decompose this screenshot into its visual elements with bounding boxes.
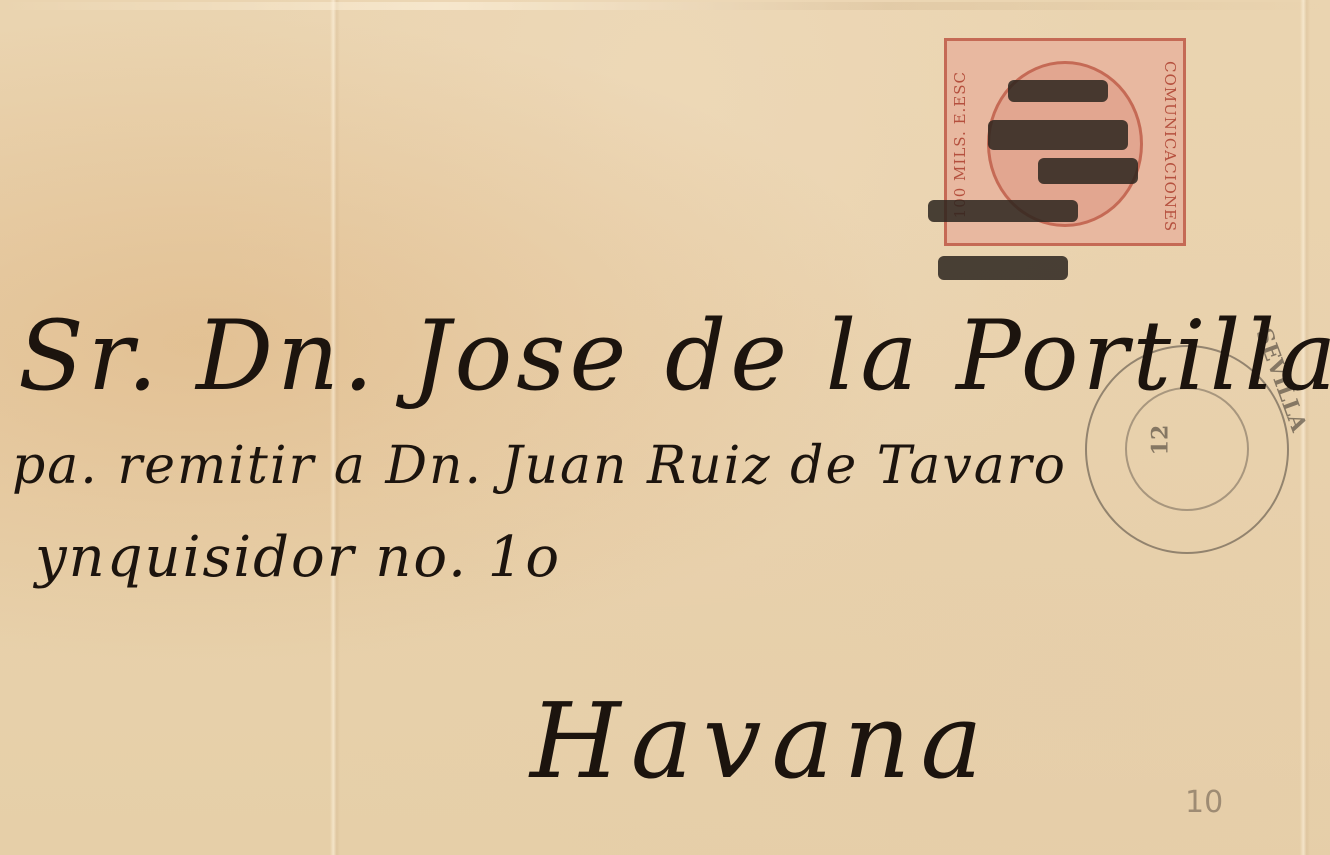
stamp-side-text: COMUNICACIONES (1161, 61, 1179, 232)
cancel-bar (1038, 158, 1138, 184)
vertical-fold-left (330, 0, 340, 855)
top-fold (0, 2, 1330, 10)
stamp-denomination: 100 MILS. E.ESC (951, 71, 969, 218)
address-line-3: ynquisidor no. 1o (35, 525, 561, 590)
envelope-cover: 100 MILS. E.ESC COMUNICACIONES SEVILLA 1… (0, 0, 1330, 855)
cancel-bar (928, 200, 1078, 222)
cancel-bar (988, 120, 1128, 150)
address-line-1: Sr. Dn. Jose de la Portilla (18, 300, 1330, 412)
address-city: Havana (530, 680, 992, 802)
cancel-bar (938, 256, 1068, 280)
cancel-bar (1008, 80, 1108, 102)
pencil-note: 10 (1185, 785, 1223, 820)
address-line-2: pa. remitir a Dn. Juan Ruiz de Tavaro (12, 436, 1067, 496)
postage-stamp: 100 MILS. E.ESC COMUNICACIONES (928, 20, 1196, 260)
